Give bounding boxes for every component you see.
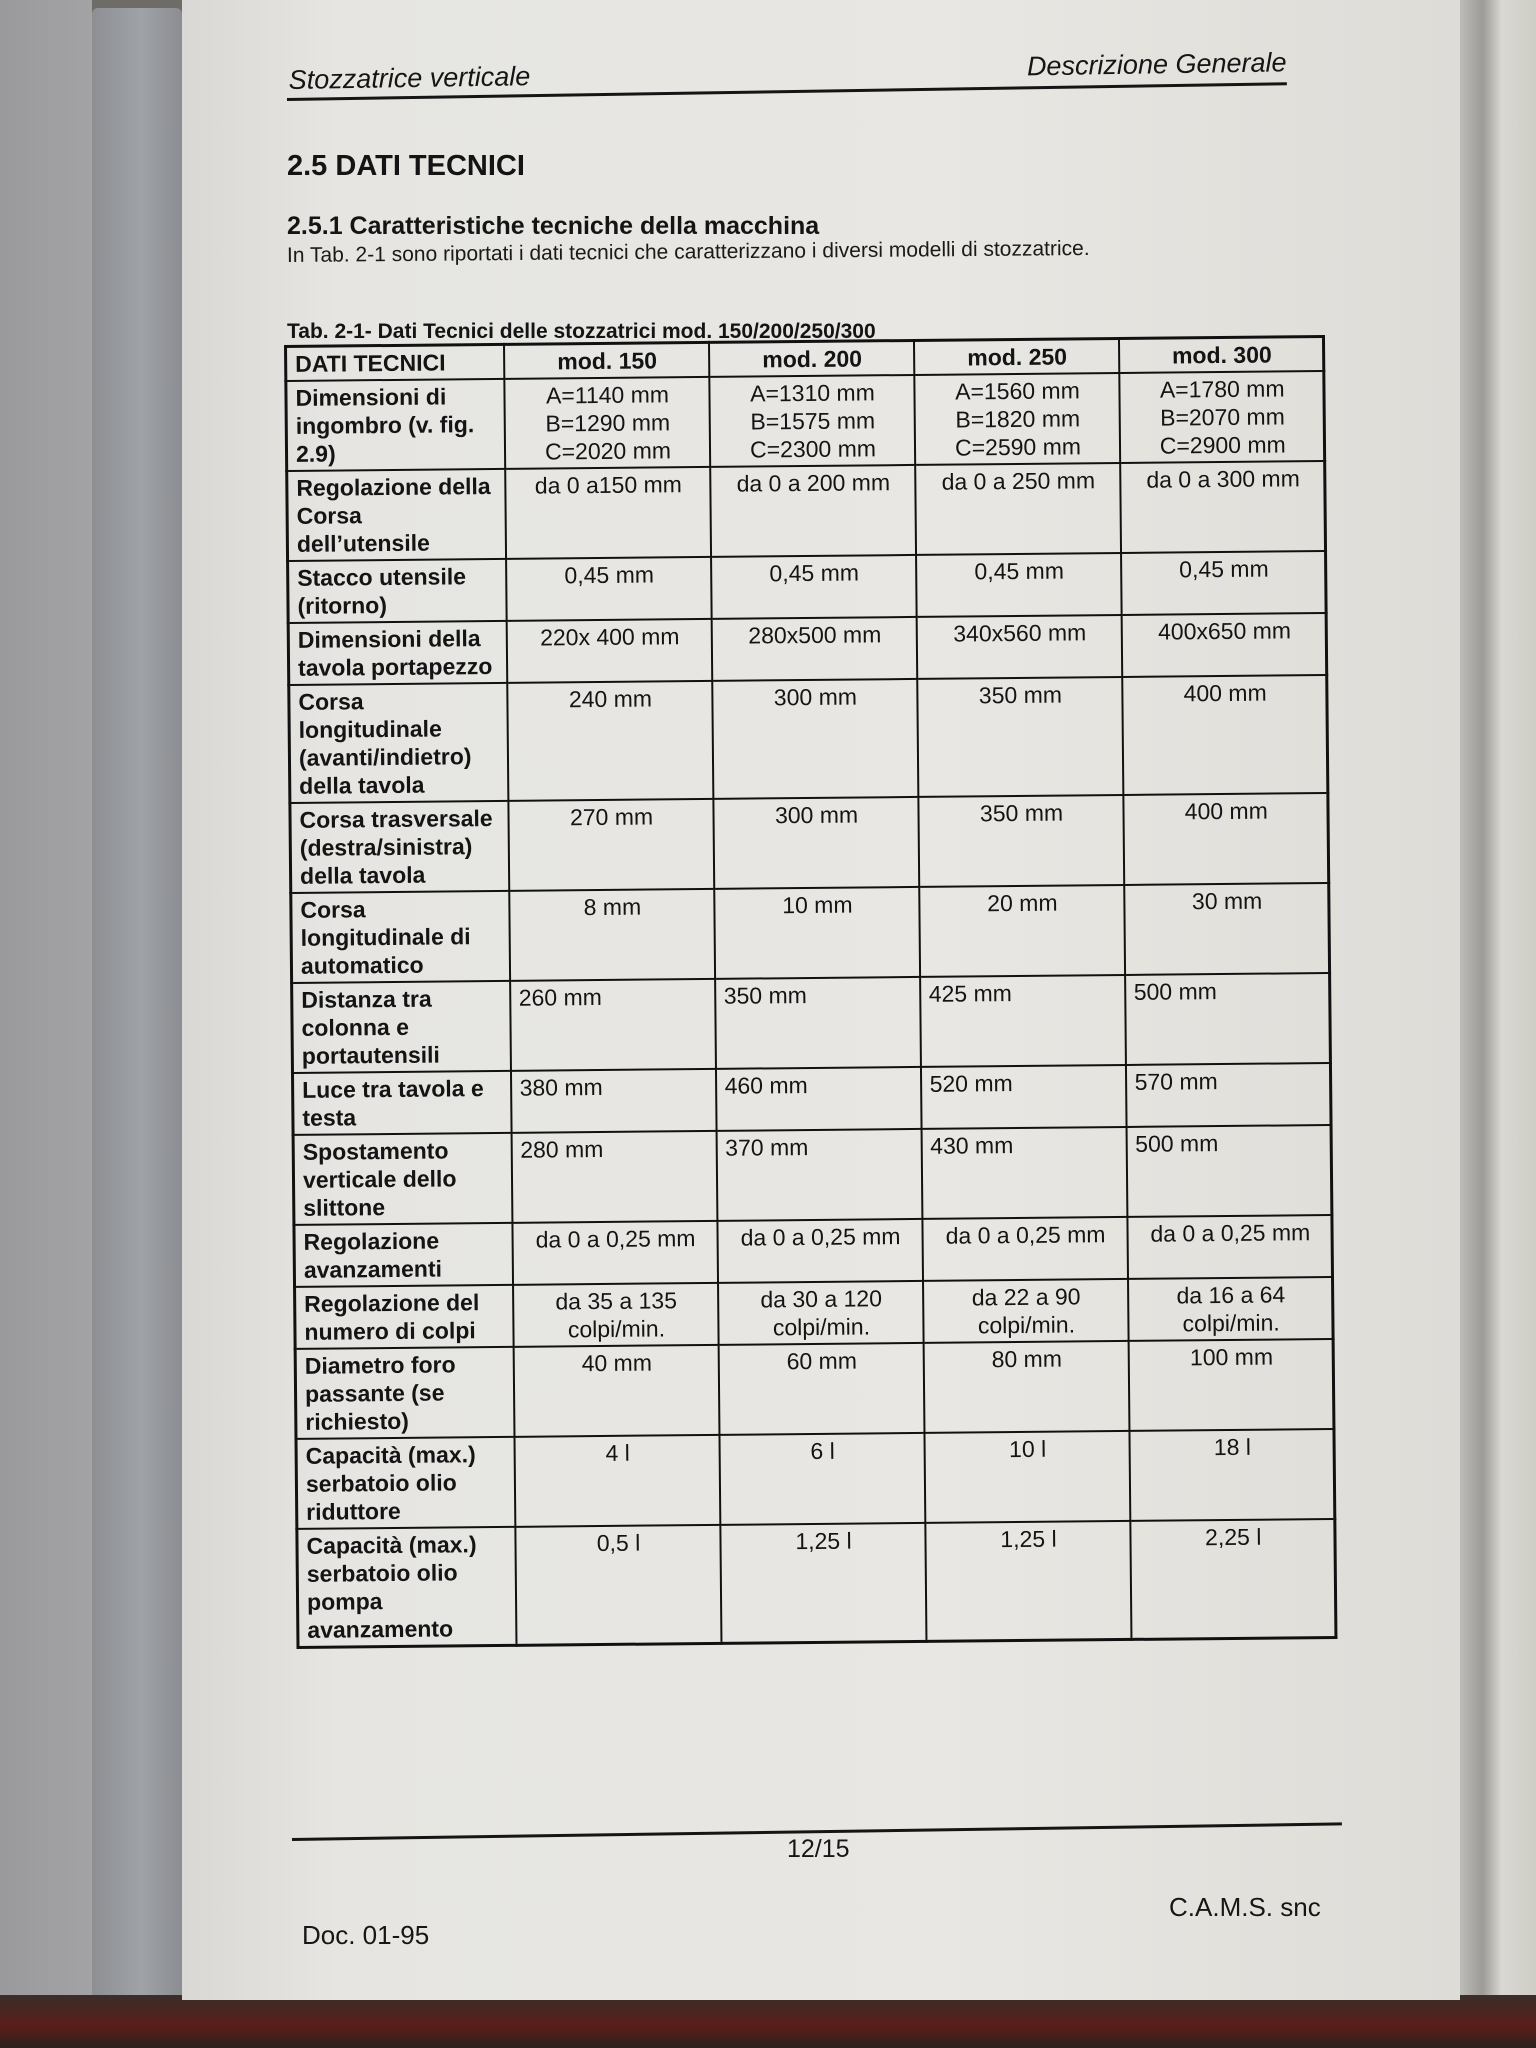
cell-value: 4 l — [514, 1435, 720, 1527]
table-row: Luce tra tavola e testa380 mm460 mm520 m… — [292, 1063, 1331, 1135]
background-surface-bottom — [0, 1995, 1536, 2048]
cell-value: da 16 a 64 colpi/min. — [1128, 1277, 1334, 1341]
cell-value: da 0 a150 mm — [505, 467, 711, 559]
table-row: Diametro foro passante (se richiesto)40 … — [295, 1339, 1334, 1439]
column-header-mod150: mod. 150 — [504, 342, 709, 378]
cell-value: 8 mm — [509, 889, 715, 981]
table-row: Capacità (max.) serbatoio olio pompa ava… — [297, 1519, 1336, 1647]
page-number: 12/15 — [787, 1835, 850, 1864]
cell-value: A=1560 mm B=1820 mm C=2590 mm — [914, 373, 1120, 465]
row-label: Corsa longitudinale (avanti/indietro) de… — [289, 683, 508, 803]
cell-value: 430 mm — [921, 1127, 1127, 1219]
tech-data-table-wrapper: DATI TECNICI mod. 150 mod. 200 mod. 250 … — [284, 335, 1336, 1649]
cell-value: 220x 400 mm — [506, 619, 712, 683]
column-header-param: DATI TECNICI — [286, 344, 504, 381]
cell-value: 80 mm — [923, 1341, 1129, 1433]
cell-value: 10 mm — [714, 887, 920, 979]
cell-value: 280x500 mm — [711, 617, 917, 681]
row-label: Capacità (max.) serbatoio olio riduttore — [296, 1437, 515, 1529]
cell-value: 260 mm — [510, 979, 716, 1071]
cell-value: da 0 a 200 mm — [710, 465, 916, 557]
cell-value: 300 mm — [712, 679, 918, 799]
table-body: Dimensioni di ingombro (v. fig. 2.9)A=11… — [286, 371, 1336, 1647]
table-row: Dimensioni di ingombro (v. fig. 2.9)A=11… — [286, 371, 1325, 471]
cell-value: da 0 a 0,25 mm — [717, 1219, 923, 1283]
table-row: Corsa longitudinale (avanti/indietro) de… — [289, 675, 1328, 803]
cell-value: 300 mm — [713, 797, 919, 889]
section-title: 2.5 DATI TECNICI — [287, 150, 525, 183]
cell-value: 10 l — [924, 1431, 1130, 1523]
cell-value: 370 mm — [716, 1129, 922, 1221]
cell-value: da 0 a 0,25 mm — [512, 1221, 718, 1285]
cell-value: 270 mm — [508, 799, 714, 891]
column-header-mod300: mod. 300 — [1118, 337, 1323, 373]
cell-value: da 35 a 135 colpi/min. — [513, 1283, 719, 1347]
cell-value: 40 mm — [513, 1345, 719, 1437]
table-row: Corsa longitudinale di automatico8 mm10 … — [291, 883, 1330, 983]
document-page: Stozzatrice verticale Descrizione Genera… — [182, 0, 1460, 2000]
table-row: Spostamento verticale dello slittone280 … — [293, 1125, 1332, 1225]
cell-value: 425 mm — [920, 975, 1126, 1067]
cell-value: 340x560 mm — [916, 615, 1122, 679]
column-header-mod200: mod. 200 — [708, 340, 913, 376]
cell-value: A=1310 mm B=1575 mm C=2300 mm — [709, 375, 915, 467]
intro-paragraph: In Tab. 2-1 sono riportati i dati tecnic… — [287, 237, 1090, 268]
cell-value: 280 mm — [511, 1131, 717, 1223]
cell-value: 520 mm — [920, 1065, 1126, 1129]
document-id: Doc. 01-95 — [302, 1920, 429, 1951]
cell-value: 400 mm — [1122, 675, 1328, 795]
cell-value: 0,45 mm — [1121, 551, 1327, 615]
row-label: Regolazione del numero di colpi — [295, 1285, 514, 1349]
cell-value: 400x650 mm — [1121, 613, 1327, 677]
subsection-title: 2.5.1 Caratteristiche tecniche della mac… — [287, 212, 819, 241]
cell-value: 0,5 l — [515, 1525, 721, 1645]
column-header-mod250: mod. 250 — [913, 338, 1118, 374]
row-label: Regolazione avanzamenti — [294, 1223, 513, 1287]
row-label: Capacità (max.) serbatoio olio pompa ava… — [297, 1527, 516, 1648]
cell-value: 2,25 l — [1130, 1519, 1336, 1639]
cell-value: da 0 a 0,25 mm — [922, 1217, 1128, 1281]
cell-value: 0,45 mm — [916, 553, 1122, 617]
table-row: Regolazione della Corsa dell’utensileda … — [287, 461, 1326, 561]
cell-value: 240 mm — [507, 681, 713, 801]
table-row: Dimensioni della tavola portapezzo220x 4… — [288, 613, 1327, 685]
table-row: Regolazione del numero di colpida 35 a 1… — [295, 1277, 1334, 1349]
cell-value: 350 mm — [918, 795, 1124, 887]
tech-data-table: DATI TECNICI mod. 150 mod. 200 mod. 250 … — [284, 335, 1337, 1649]
cell-value: 60 mm — [718, 1343, 924, 1435]
row-label: Regolazione della Corsa dell’utensile — [287, 469, 506, 561]
cell-value: 1,25 l — [720, 1523, 926, 1643]
cell-value: 0,45 mm — [711, 555, 917, 619]
cell-value: 350 mm — [715, 977, 921, 1069]
cell-value: 500 mm — [1126, 1125, 1332, 1217]
row-label: Luce tra tavola e testa — [292, 1071, 511, 1135]
table-row: Distanza tra colonna e portautensili260 … — [292, 973, 1331, 1073]
table-row: Capacità (max.) serbatoio olio riduttore… — [296, 1429, 1335, 1529]
stacked-page-edges — [1460, 0, 1536, 2048]
cell-value: 0,45 mm — [506, 557, 712, 621]
header-title-right: Descrizione Generale — [1027, 47, 1287, 82]
row-label: Spostamento verticale dello slittone — [293, 1133, 512, 1225]
cell-value: 350 mm — [917, 677, 1123, 797]
background-surface — [0, 0, 92, 2048]
row-label: Corsa longitudinale di automatico — [291, 891, 510, 983]
table-row: Corsa trasversale (destra/sinistra) dell… — [290, 793, 1329, 893]
cell-value: 1,25 l — [925, 1521, 1131, 1641]
cell-value: 380 mm — [510, 1069, 716, 1133]
row-label: Dimensioni di ingombro (v. fig. 2.9) — [286, 379, 505, 471]
row-label: Diametro foro passante (se richiesto) — [295, 1347, 514, 1439]
cell-value: da 22 a 90 colpi/min. — [923, 1279, 1129, 1343]
binder-spine — [92, 8, 182, 2048]
cell-value: 6 l — [719, 1433, 925, 1525]
cell-value: da 30 a 120 colpi/min. — [718, 1281, 924, 1345]
cell-value: 400 mm — [1123, 793, 1329, 885]
row-label: Stacco utensile (ritorno) — [288, 559, 507, 623]
table-row: Regolazione avanzamentida 0 a 0,25 mmda … — [294, 1215, 1333, 1287]
cell-value: da 0 a 250 mm — [915, 463, 1121, 555]
cell-value: A=1140 mm B=1290 mm C=2020 mm — [504, 377, 710, 469]
row-label: Distanza tra colonna e portautensili — [292, 981, 511, 1073]
cell-value: 570 mm — [1125, 1063, 1331, 1127]
company-name: C.A.M.S. snc — [1169, 1892, 1321, 1923]
cell-value: 460 mm — [715, 1067, 921, 1131]
cell-value: 20 mm — [919, 885, 1125, 977]
page-header: Stozzatrice verticale Descrizione Genera… — [286, 42, 1287, 101]
table-row: Stacco utensile (ritorno)0,45 mm0,45 mm0… — [288, 551, 1327, 623]
header-title-left: Stozzatrice verticale — [288, 61, 530, 96]
cell-value: da 0 a 300 mm — [1120, 461, 1326, 553]
row-label: Dimensioni della tavola portapezzo — [288, 621, 507, 685]
cell-value: da 0 a 0,25 mm — [1127, 1215, 1333, 1279]
cell-value: 100 mm — [1128, 1339, 1334, 1431]
cell-value: 500 mm — [1125, 973, 1331, 1065]
cell-value: 18 l — [1129, 1429, 1335, 1521]
row-label: Corsa trasversale (destra/sinistra) dell… — [290, 801, 509, 893]
cell-value: 30 mm — [1124, 883, 1330, 975]
cell-value: A=1780 mm B=2070 mm C=2900 mm — [1119, 371, 1325, 463]
